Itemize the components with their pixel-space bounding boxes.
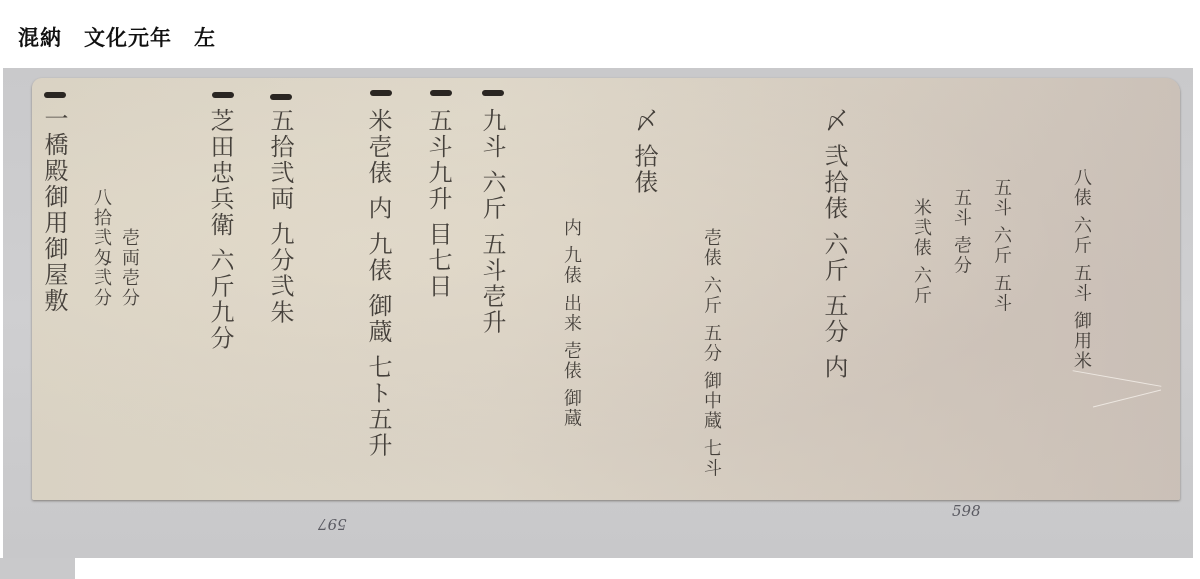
script-column: 九斗 六斤 五斗壱升: [480, 108, 504, 335]
script-column: 内 九俵 出来 壱俵 御蔵: [562, 218, 580, 429]
column-marker: [430, 90, 452, 96]
script-column: 米壱俵 内 九俵 御蔵 七ト五升: [366, 108, 390, 459]
script-column: 一橋殿御用御屋敷: [42, 106, 66, 314]
header: 混納 文化元年 左: [0, 0, 1200, 68]
column-marker: [482, 90, 504, 96]
script-column: 五拾弐両 九分弐朱: [268, 108, 292, 326]
script-column: 〆 拾俵: [632, 108, 656, 196]
manuscript-page: 一橋殿御用御屋敷 八拾弐匁弐分 壱両壱分 芝田忠兵衛 六斤九分 五拾弐両 九分弐…: [32, 78, 1180, 500]
script-column: 〆 弐拾俵 六斤 五分 内: [822, 108, 846, 381]
script-column: 五斗九升 目七日: [426, 108, 450, 300]
document-title: 混納 文化元年 左: [18, 22, 216, 52]
column-marker: [44, 92, 66, 98]
mounting-board-edge: [0, 558, 75, 579]
page-number-left: 597: [318, 515, 347, 533]
script-column: 八拾弐匁弐分: [92, 188, 110, 308]
script-column: 八俵 六斤 五斗 御用米: [1072, 168, 1090, 371]
script-column: 米弐俵 六斤: [912, 198, 930, 306]
script-column: 五斗 壱分: [952, 188, 970, 276]
column-marker: [212, 92, 234, 98]
script-column: 芝田忠兵衛 六斤九分: [208, 108, 232, 352]
page-number-right: 598: [952, 502, 981, 520]
paper-crease: [1073, 370, 1162, 387]
script-column: 五斗 六斤 五斗: [992, 178, 1010, 313]
script-column: 壱両壱分: [120, 228, 138, 308]
column-marker: [270, 94, 292, 100]
column-marker: [370, 90, 392, 96]
paper-crease: [1093, 390, 1161, 408]
script-column: 壱俵 六斤 五分 御中蔵 七斗: [702, 228, 720, 479]
